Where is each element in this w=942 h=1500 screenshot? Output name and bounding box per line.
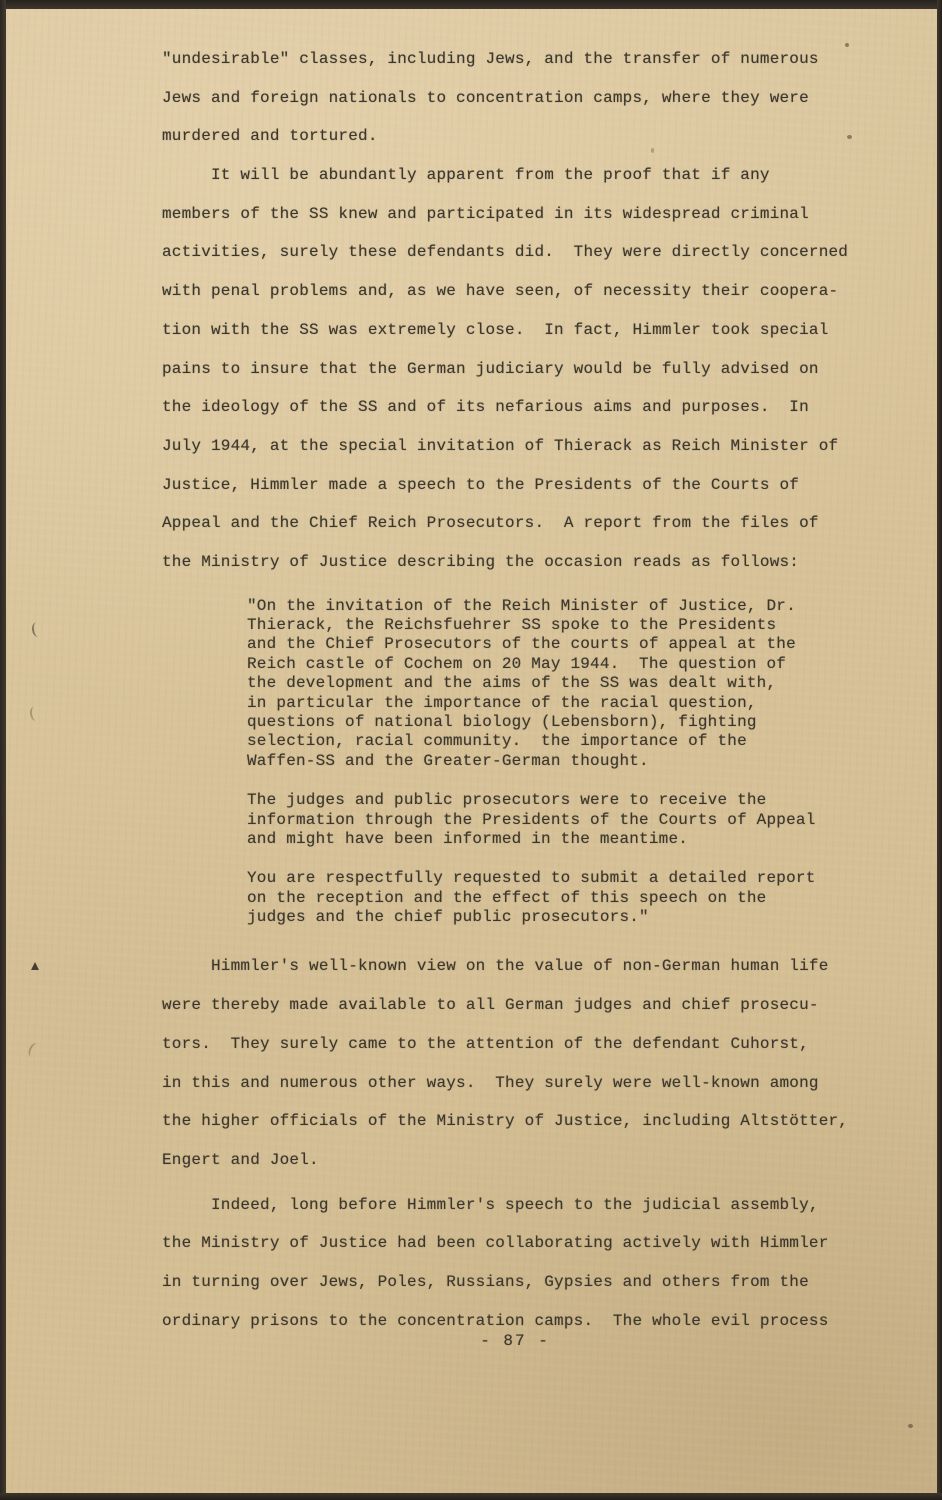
scan-edge-bottom <box>0 1493 942 1500</box>
text-line: Waffen-SS and the Greater-German thought… <box>247 752 868 771</box>
text-line: information through the Presidents of th… <box>247 811 868 830</box>
text-line: You are respectfully requested to submit… <box>247 869 868 888</box>
text-line: with penal problems and, as we have seen… <box>162 272 868 311</box>
blockquote-report-part-1: "On the invitation of the Reich Minister… <box>247 597 868 772</box>
scan-edge-right <box>937 0 942 1500</box>
text-line: activities, surely these defendants did.… <box>162 233 868 272</box>
text-line: selection, racial community. the importa… <box>247 732 868 751</box>
margin-mark <box>31 962 39 970</box>
blockquote-report-part-2: The judges and public prosecutors were t… <box>247 791 868 849</box>
text-line: July 1944, at the special invitation of … <box>162 427 868 466</box>
text-line: tors. They surely came to the attention … <box>162 1025 868 1064</box>
text-line: It will be abundantly apparent from the … <box>162 156 868 195</box>
text-line: murdered and tortured. <box>162 117 868 156</box>
text-line: Reich castle of Cochem on 20 May 1944. T… <box>247 655 868 674</box>
text-line: the development and the aims of the SS w… <box>247 674 868 693</box>
text-line: Jews and foreign nationals to concentrat… <box>162 79 868 118</box>
text-line: Justice, Himmler made a speech to the Pr… <box>162 466 868 505</box>
margin-mark <box>26 1041 42 1059</box>
text-line: on the reception and the effect of this … <box>247 889 868 908</box>
paper-speck <box>847 135 852 139</box>
blockquote-report-part-3: You are respectfully requested to submit… <box>247 869 868 927</box>
text-line: questions of national biology (Lebensbor… <box>247 713 868 732</box>
text-line: and might have been informed in the mean… <box>247 830 868 849</box>
text-line: in turning over Jews, Poles, Russians, G… <box>162 1263 868 1302</box>
text-line: the higher officials of the Ministry of … <box>162 1102 868 1141</box>
text-line: pains to insure that the German judiciar… <box>162 350 868 389</box>
paragraph-collaboration: Indeed, long before Himmler's speech to … <box>162 1186 868 1341</box>
text-line: The judges and public prosecutors were t… <box>247 791 868 810</box>
text-line: in particular the importance of the raci… <box>247 694 868 713</box>
scan-edge-top <box>0 0 942 9</box>
text-line: judges and the chief public prosecutors.… <box>247 908 868 927</box>
text-line: members of the SS knew and participated … <box>162 195 868 234</box>
margin-mark <box>31 621 44 637</box>
text-line: the Ministry of Justice describing the o… <box>162 543 868 582</box>
text-line: Indeed, long before Himmler's speech to … <box>162 1186 868 1225</box>
paper-speck <box>908 1424 913 1428</box>
text-line: Thierack, the Reichsfuehrer SS spoke to … <box>247 616 868 635</box>
text-line: Himmler's well-known view on the value o… <box>162 947 868 986</box>
text-line: "undesirable" classes, including Jews, a… <box>162 40 868 79</box>
text-line: Appeal and the Chief Reich Prosecutors. … <box>162 504 868 543</box>
text-line: the ideology of the SS and of its nefari… <box>162 388 868 427</box>
scan-edge-left <box>0 0 6 1500</box>
text-line: Engert and Joel. <box>162 1141 868 1180</box>
text-line: tion with the SS was extremely close. In… <box>162 311 868 350</box>
paper-speck <box>651 148 654 153</box>
text-line: and the Chief Prosecutors of the courts … <box>247 635 868 654</box>
document-page: "undesirable" classes, including Jews, a… <box>0 0 942 1500</box>
margin-mark <box>29 705 42 721</box>
text-line: "On the invitation of the Reich Minister… <box>247 597 868 616</box>
paragraph-opening: "undesirable" classes, including Jews, a… <box>162 40 868 156</box>
text-line: in this and numerous other ways. They su… <box>162 1064 868 1103</box>
text-line: were thereby made available to all Germa… <box>162 986 868 1025</box>
text-line: the Ministry of Justice had been collabo… <box>162 1224 868 1263</box>
page-content: "undesirable" classes, including Jews, a… <box>162 40 868 1352</box>
paper-speck <box>845 43 849 47</box>
paragraph-himmler-views: Himmler's well-known view on the value o… <box>162 947 868 1179</box>
paragraph-ss-knowledge: It will be abundantly apparent from the … <box>162 156 868 582</box>
